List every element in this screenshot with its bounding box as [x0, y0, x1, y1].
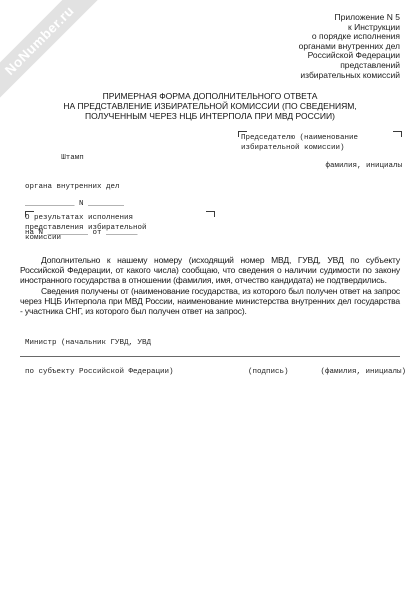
corner-mark-right-icon	[206, 211, 215, 217]
addressee-line-1: Председателю (наименование	[241, 134, 402, 144]
bottom-divider	[20, 356, 400, 357]
form-title: ПРИМЕРНАЯ ФОРМА ДОПОЛНИТЕЛЬНОГО ОТВЕТА Н…	[0, 91, 420, 121]
watermark-text: NoNumber.ru	[2, 3, 77, 78]
document-page: NoNumber.ru Приложение N 5 к Инструкции …	[0, 0, 420, 600]
stamp-line-1: Штамп	[25, 154, 120, 164]
subject-line: комиссии	[25, 234, 215, 244]
subject-block: О результатах исполнения представления и…	[25, 211, 215, 243]
signature-block: Министр (начальник ГУВД, УВД по субъекту…	[25, 319, 402, 397]
addressee-text: Председателю (наименование избирательной…	[238, 134, 402, 154]
title-line: ПОЛУЧЕННЫМ ЧЕРЕЗ НЦБ ИНТЕРПОЛА ПРИ МВД Р…	[0, 111, 420, 121]
appendix-header: Приложение N 5 к Инструкции о порядке ис…	[299, 13, 400, 80]
signer-name-hint: (фамилия, инициалы)	[321, 368, 407, 378]
addressee-line-2: избирательной комиссии)	[241, 144, 402, 154]
corner-mark-left-icon	[25, 211, 34, 217]
subject-line: О результатах исполнения	[25, 214, 215, 224]
title-line: НА ПРЕДСТАВЛЕНИЕ ИЗБИРАТЕЛЬНОЙ КОМИССИИ …	[0, 101, 420, 111]
corner-mark-right-icon	[393, 131, 402, 137]
corner-mark-left-icon	[238, 131, 247, 137]
signature-row: по субъекту Российской Федерации) (подпи…	[25, 368, 402, 378]
paragraph-1: Дополнительно к нашему номеру (исходящий…	[20, 255, 400, 286]
paragraph-2: Сведения получены от (наименование госуд…	[20, 286, 400, 317]
addressee-name-hint: фамилия, инициалы	[238, 162, 402, 172]
outgoing-number-line: ___________ N ________	[25, 200, 138, 210]
header-line: избирательных комиссий	[299, 71, 400, 81]
subject-text: О результатах исполнения представления и…	[25, 214, 215, 243]
signature-hint: (подпись)	[248, 368, 289, 378]
body-text: Дополнительно к нашему номеру (исходящий…	[20, 255, 400, 316]
signer-title-line-1: Министр (начальник ГУВД, УВД	[25, 339, 402, 349]
subject-line: представления избирательной	[25, 224, 215, 234]
title-line: ПРИМЕРНАЯ ФОРМА ДОПОЛНИТЕЛЬНОГО ОТВЕТА	[0, 91, 420, 101]
addressee-block: Председателю (наименование избирательной…	[238, 131, 402, 171]
signer-title-line-2: по субъекту Российской Федерации)	[25, 368, 248, 378]
